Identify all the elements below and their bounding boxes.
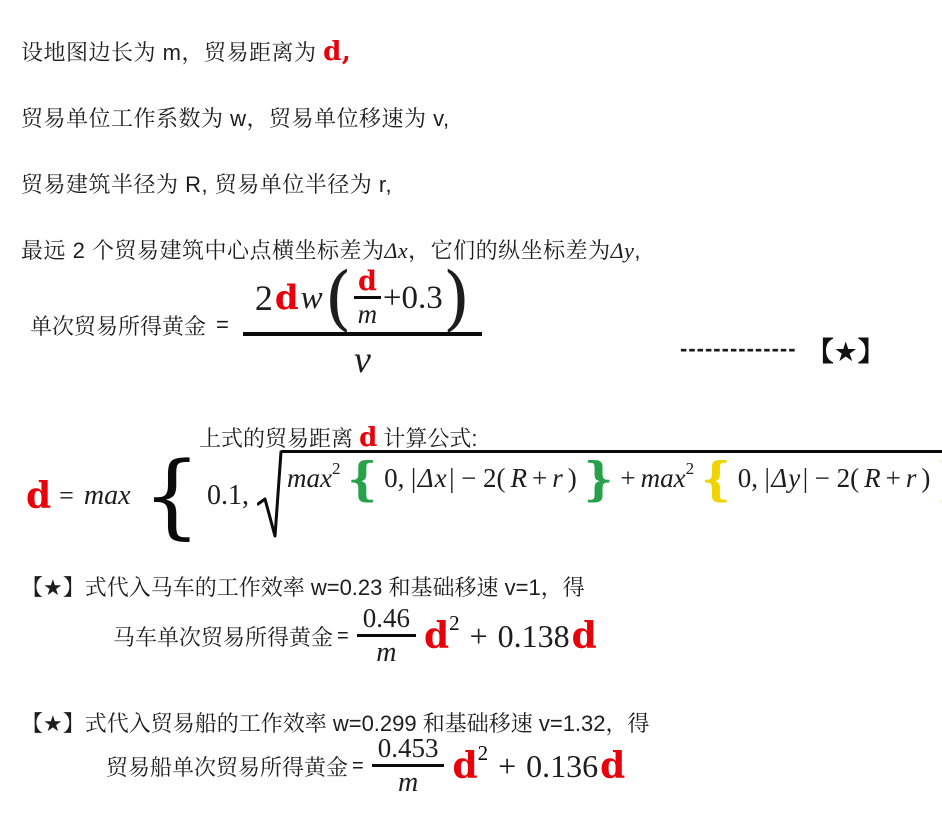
coeff-over-m-fraction: 0.453 m (372, 734, 445, 798)
var-d-red: d (275, 278, 299, 318)
var-r: r (906, 463, 917, 494)
intro-line-work-coeff: 贸易单位工作系数为 w，贸易单位移速为 v, (21, 102, 450, 133)
radical-sign-icon (257, 450, 283, 542)
var-m: m (376, 637, 396, 667)
note-text: 【★】式代入马车的工作效率 w=0.23 和基础移速 v=1，得 (21, 575, 585, 600)
equals-sign: = (216, 312, 229, 338)
intro-line-map-side: 设地图边长为 m，贸易距离为 d, (21, 36, 351, 67)
minus-2-paren: − 2( (461, 463, 505, 494)
d-squared: d2 (424, 615, 460, 657)
plus-constant: +0.3 (383, 280, 443, 317)
close-paren: ) (568, 463, 577, 494)
abs-delta-x: |Δx| (409, 463, 456, 494)
d-formula-row: d = max { 0.1, max2 { 0, |Δx| − 2( R + r… (26, 446, 942, 546)
equals-sign: = (337, 625, 349, 648)
ship-formula-label: 贸易船单次贸易所得黄金 (106, 751, 348, 782)
gold-fraction: 2 d w ( d m +0.3 ) v (243, 268, 482, 382)
intro-line2-text: 贸易单位工作系数为 w，贸易单位移速为 v, (21, 106, 450, 131)
gold-fraction-numerator: 2 d w ( d m +0.3 ) (243, 268, 482, 336)
equals-sign: = (352, 755, 364, 778)
var-r: r (552, 463, 563, 494)
star-reference-row: -------------- 【★】 (680, 330, 885, 368)
minus-2-paren: − 2( (815, 463, 859, 494)
horse-substitution-note: 【★】式代入马车的工作效率 w=0.23 和基础移速 v=1，得 (21, 571, 585, 602)
var-d-red: d, (323, 37, 351, 67)
plus-sign: + (470, 618, 488, 655)
ship-formula-row: 贸易船单次贸易所得黄金 = 0.453 m d2 + 0.136 d (106, 730, 625, 802)
var-w: w (301, 280, 323, 317)
fraction-numerator: 0.453 (372, 734, 445, 767)
var-d-red: d (354, 268, 381, 299)
var-d-red: d (600, 745, 625, 787)
horse-formula-row: 马车单次贸易所得黄金 = 0.46 m d2 + 0.138 d (113, 600, 597, 672)
var-m: m (398, 767, 418, 797)
d-over-m-fraction: d m (354, 268, 381, 328)
gold-formula-label: 单次贸易所得黄金 (30, 310, 206, 341)
max-squared: max2 (287, 463, 340, 494)
max-first-arg: 0.1, (207, 480, 249, 512)
close-paren: ) (921, 463, 930, 494)
max-operator: max (287, 463, 332, 494)
coeff-over-m-fraction: 0.46 m (357, 604, 416, 668)
exponent-2: 2 (478, 741, 489, 766)
plus-sign: + (886, 463, 901, 494)
var-d-red: d (572, 615, 597, 657)
coeff-2: 2 (255, 277, 273, 319)
dashed-line: -------------- (680, 336, 797, 362)
max-operator: max (641, 463, 686, 494)
var-v: v (354, 336, 371, 382)
plus-sign: + (620, 463, 635, 494)
exponent-2: 2 (686, 459, 695, 479)
var-d-red: d (26, 475, 51, 517)
fraction-numerator: 0.46 (357, 604, 416, 637)
var-R: R (511, 463, 528, 494)
intro-line3-text: 贸易建筑半径为 R, 贸易单位半径为 r, (21, 172, 392, 197)
zero-arg: 0, (738, 463, 758, 494)
max-operator: max (84, 480, 131, 512)
horse-formula-label: 马车单次贸易所得黄金 (113, 621, 333, 652)
document-page: 设地图边长为 m，贸易距离为 d, 贸易单位工作系数为 w，贸易单位移速为 v,… (0, 0, 942, 814)
var-m: m (358, 299, 378, 328)
abs-delta-y: |Δy| (763, 463, 810, 494)
gold-formula-row: 单次贸易所得黄金 = 2 d w ( d m +0.3 ) v (30, 258, 482, 392)
star-tag: 【★】 (807, 330, 885, 369)
max-squared: max2 (641, 463, 694, 494)
square-root: max2 { 0, |Δx| − 2( R + r ) } + max2 { 0… (257, 450, 942, 542)
var-d-red: d (452, 745, 477, 787)
exponent-2: 2 (332, 459, 341, 479)
var-d-red: d (424, 615, 449, 657)
equals-sign: = (59, 481, 74, 511)
exponent-2: 2 (449, 611, 460, 636)
intro-line4-text3: , (634, 238, 641, 263)
zero-arg: 0, (384, 463, 404, 494)
var-R: R (864, 463, 881, 494)
var-delta-y: Δy (611, 238, 635, 263)
radicand: max2 { 0, |Δx| − 2( R + r ) } + max2 { 0… (281, 450, 942, 502)
plus-sign: + (532, 463, 547, 494)
linear-coefficient: 0.136 (526, 748, 598, 785)
d-squared: d2 (452, 745, 488, 787)
linear-coefficient: 0.138 (498, 618, 570, 655)
intro-line1-text: 设地图边长为 m，贸易距离为 (21, 40, 323, 65)
intro-line-radius: 贸易建筑半径为 R, 贸易单位半径为 r, (21, 168, 392, 199)
plus-sign: + (498, 748, 516, 785)
